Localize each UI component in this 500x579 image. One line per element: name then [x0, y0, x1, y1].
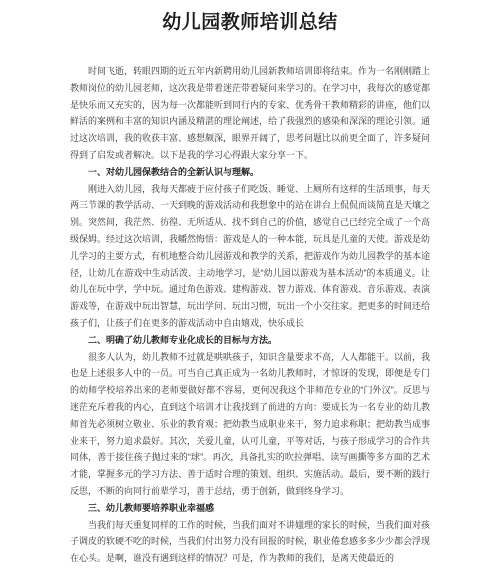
body-paragraph: 刚进入幼儿园，我每天都疲于应付孩子们吃饭、睡觉、上厕所有这样的生活琐事，每天两三… — [70, 181, 430, 332]
section-heading: 二、明确了幼儿教师专业化成长的目标与方法。 — [70, 332, 430, 349]
body-paragraph: 当我们每天重复同样的工作的时候，当我们面对不讲媸理的家长的时候，当我们面对孩子调… — [70, 517, 430, 567]
document-body: 时间飞逝，转眼四期的近五年内新聘用幼儿园新教师培训即将结束。作为一名刚刚踏上教师… — [70, 63, 430, 567]
document-title: 幼儿园教师培训总结 — [70, 12, 430, 34]
document-page: 幼儿园教师培训总结 时间飞逝，转眼四期的近五年内新聘用幼儿园新教师培训即将结束。… — [0, 0, 500, 579]
section-heading: 三、幼儿教师要培养职业幸福感 — [70, 500, 430, 517]
section-heading: 一、对幼儿园保教结合的全新认识与理解。 — [70, 164, 430, 181]
body-paragraph: 时间飞逝，转眼四期的近五年内新聘用幼儿园新教师培训即将结束。作为一名刚刚踏上教师… — [70, 63, 430, 164]
body-paragraph: 很多人认为，幼儿教师不过就是哄哄孩子，知识含量要求不高，人人都能干。以前，我也是… — [70, 349, 430, 500]
